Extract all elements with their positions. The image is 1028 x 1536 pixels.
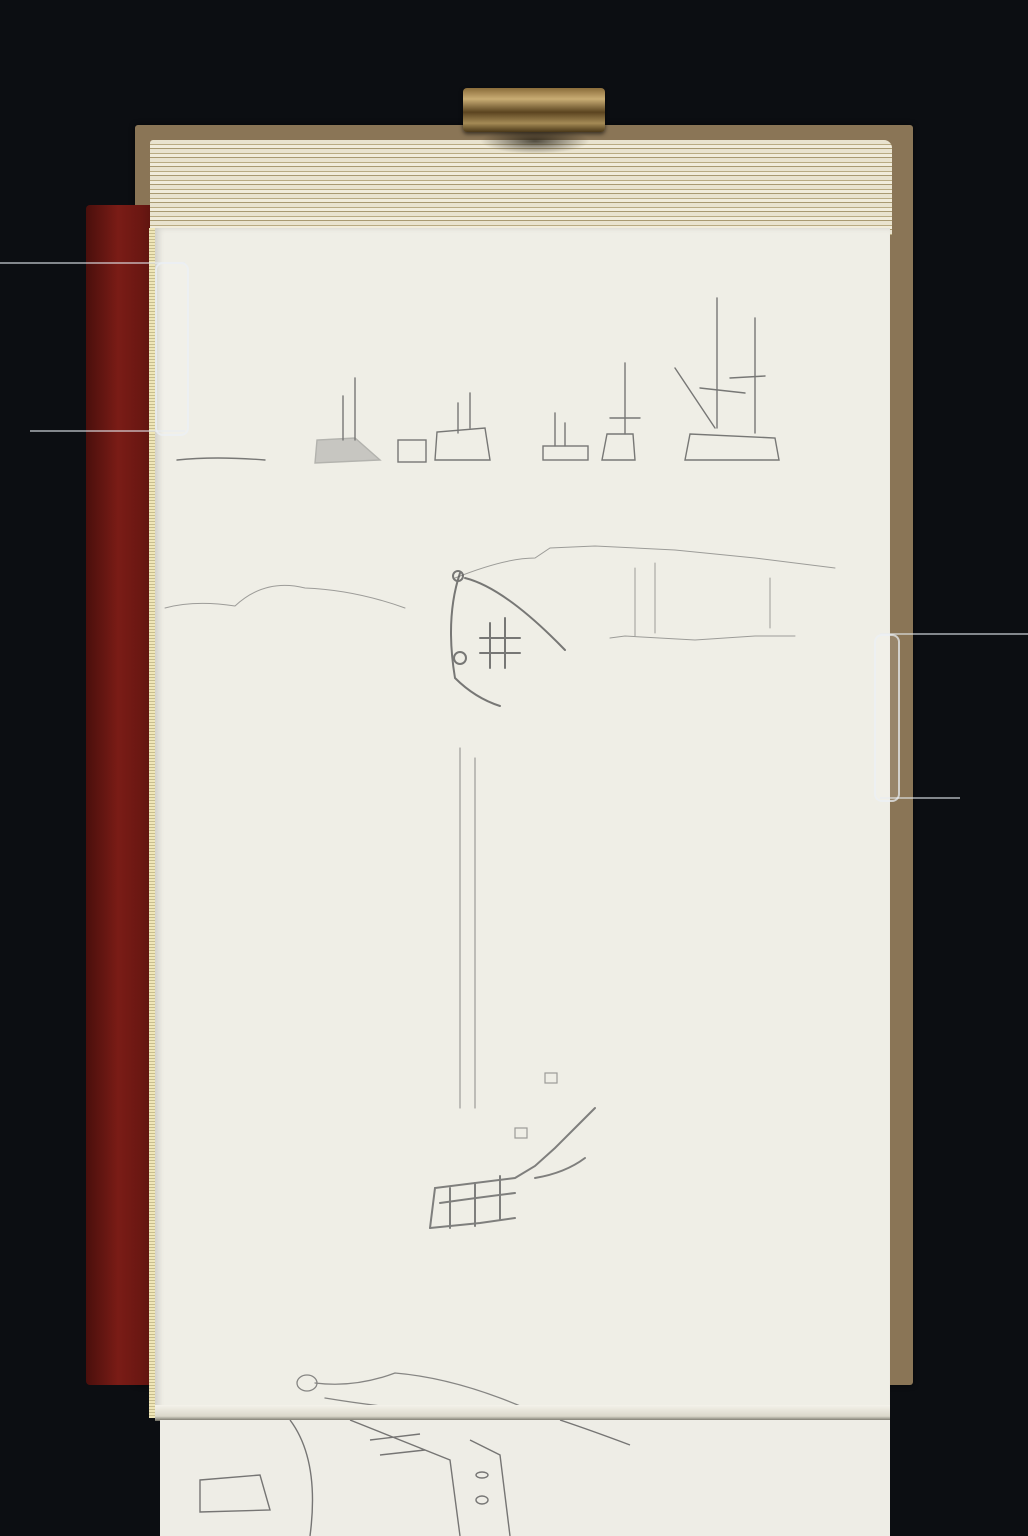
right-page-clip [874, 634, 900, 802]
hull-sketch [160, 1420, 890, 1536]
coastline-with-cliffs [165, 546, 835, 640]
facing-page-bottom [160, 1420, 890, 1536]
page-edges-stack [150, 140, 892, 235]
ships-on-horizon [177, 298, 779, 463]
ship-bow-detail [451, 571, 565, 706]
page-fold [155, 1405, 890, 1421]
left-page-clip [155, 262, 189, 436]
pencil-sketches [155, 228, 890, 1418]
sketchbook-page [155, 228, 890, 1418]
ship-stern-gallery [430, 1108, 595, 1228]
clip-wire-right-top [880, 633, 1028, 635]
tall-mast-and-stern [460, 748, 557, 1138]
brass-clasp [463, 88, 605, 132]
